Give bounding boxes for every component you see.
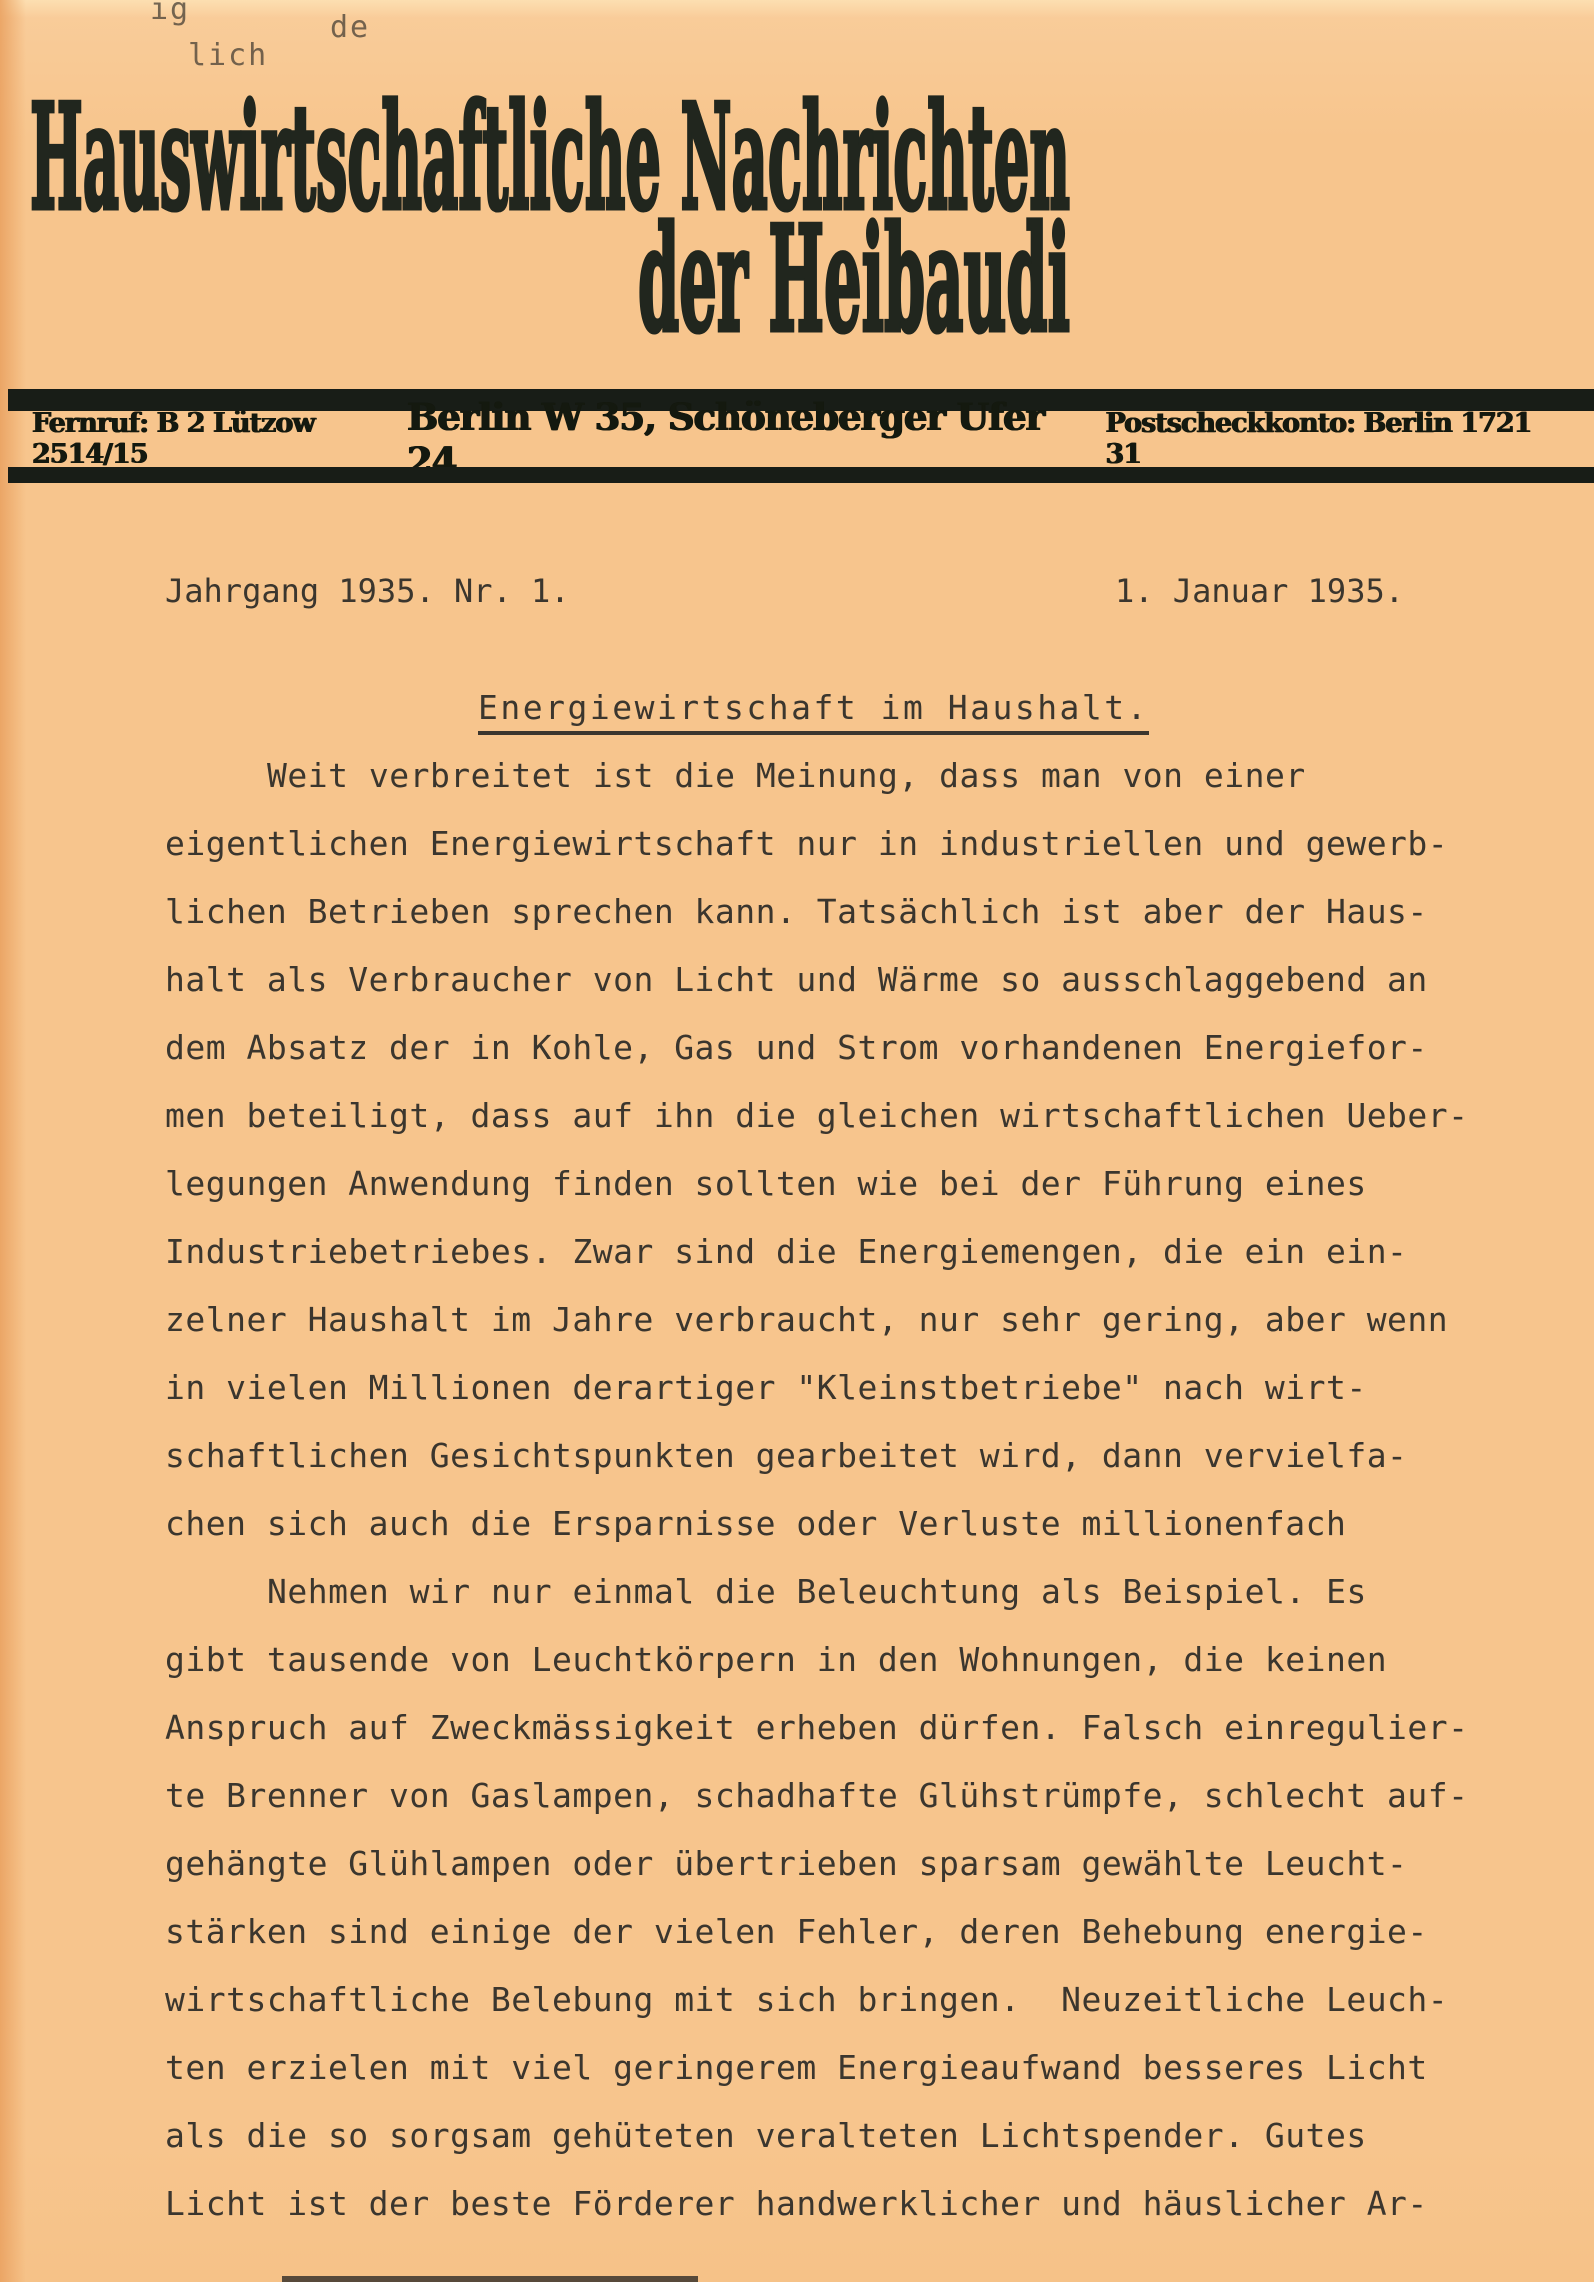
issue-line: Jahrgang 1935. Nr. 1. 1. Januar 1935. — [0, 572, 1594, 612]
postal-account-info: Postscheckkonto: Berlin 1721 31 — [1105, 408, 1562, 470]
body-line: schaftlichen Gesichtspunkten gearbeitet … — [165, 1422, 1534, 1490]
body-line: dem Absatz der in Kohle, Gas und Strom v… — [165, 1014, 1534, 1082]
article-title-wrap: Energiewirtschaft im Haushalt. — [478, 688, 1149, 727]
body-line: te Brenner von Gaslampen, schadhafte Glü… — [165, 1762, 1534, 1830]
body-line: halt als Verbraucher von Licht und Wärme… — [165, 946, 1534, 1014]
scan-edge-top — [0, 0, 1594, 18]
body-line: Anspruch auf Zweckmässigkeit erheben dür… — [165, 1694, 1534, 1762]
body-line: in vielen Millionen derartiger "Kleinstb… — [165, 1354, 1534, 1422]
body-line: als die so sorgsam gehüteten veralteten … — [165, 2102, 1534, 2170]
body-line: eigentlichen Energiewirtschaft nur in in… — [165, 810, 1534, 878]
divider-bar-bottom — [8, 467, 1594, 483]
body-line: Weit verbreitet ist die Meinung, dass ma… — [165, 742, 1534, 810]
body-line: Industriebetriebes. Zwar sind die Energi… — [165, 1218, 1534, 1286]
ghost-bleedthrough-text: ig — [150, 0, 190, 27]
body-line: legungen Anwendung finden sollten wie be… — [165, 1150, 1534, 1218]
body-line: gibt tausende von Leuchtkörpern in den W… — [165, 1626, 1534, 1694]
article-title: Energiewirtschaft im Haushalt. — [478, 688, 1149, 735]
body-line: zelner Haushalt im Jahre verbraucht, nur… — [165, 1286, 1534, 1354]
phone-info: Fernruf: B 2 Lützow 2514/15 — [32, 408, 427, 470]
masthead: Hauswirtschaftliche Nachrichten der Heib… — [25, 40, 1085, 350]
body-line: men beteiligt, dass auf ihn die gleichen… — [165, 1082, 1534, 1150]
body-line: ten erzielen mit viel geringerem Energie… — [165, 2034, 1534, 2102]
masthead-title-line2: der Heibaudi — [638, 195, 1070, 350]
body-line: Licht ist der beste Förderer handwerklic… — [165, 2170, 1534, 2238]
body-line: stärken sind einige der vielen Fehler, d… — [165, 1898, 1534, 1966]
body-line: wirtschaftliche Belebung mit sich bringe… — [165, 1966, 1534, 2034]
scanned-newsletter-page: ig de lich Hauswirtschaftliche Nachricht… — [0, 0, 1594, 2282]
body-line: gehängte Glühlampen oder übertrieben spa… — [165, 1830, 1534, 1898]
scan-edge-left — [0, 0, 26, 2282]
body-line: chen sich auch die Ersparnisse oder Verl… — [165, 1490, 1534, 1558]
scan-artifact — [282, 2276, 698, 2282]
article-body: Weit verbreitet ist die Meinung, dass ma… — [165, 742, 1534, 2238]
info-bar: Fernruf: B 2 Lützow 2514/15 Berlin W 35,… — [0, 412, 1594, 466]
issue-date: 1. Januar 1935. — [1115, 572, 1404, 610]
issue-number: Jahrgang 1935. Nr. 1. — [165, 572, 570, 610]
body-line: lichen Betrieben sprechen kann. Tatsächl… — [165, 878, 1534, 946]
body-line: Nehmen wir nur einmal die Beleuchtung al… — [165, 1558, 1534, 1626]
